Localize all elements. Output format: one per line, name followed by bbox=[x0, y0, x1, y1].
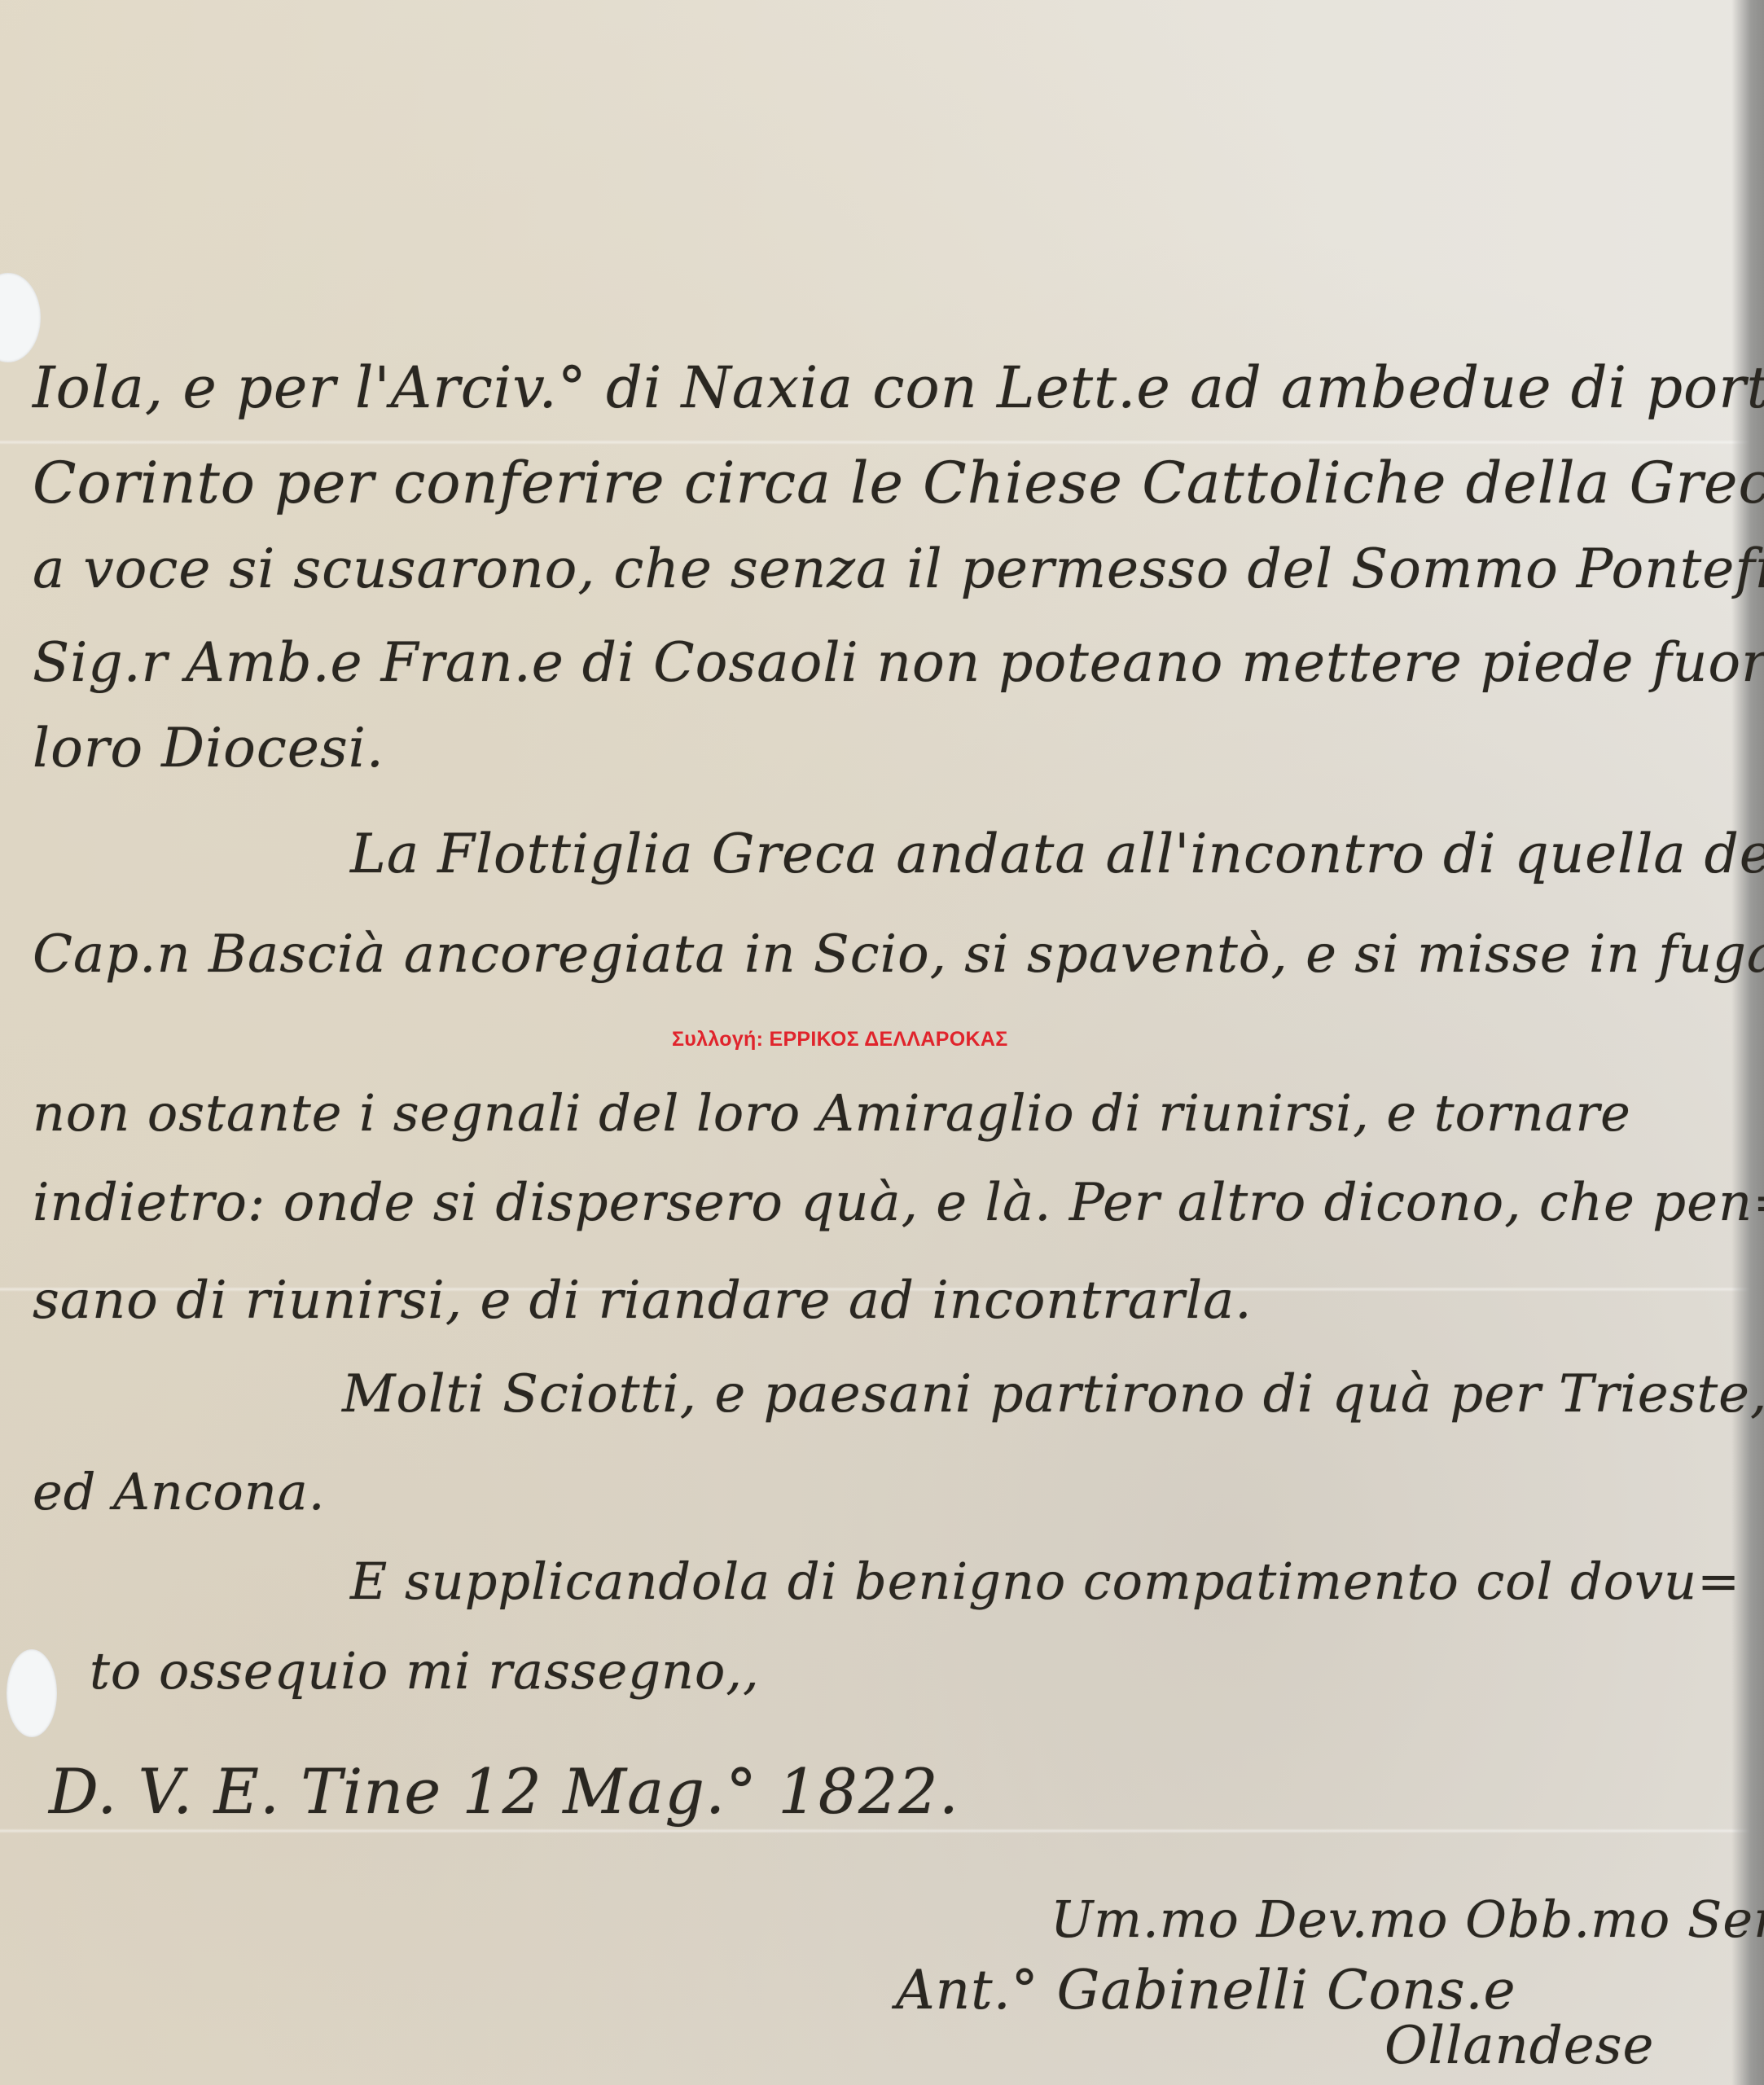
text-line: sano di riunirsi, e di riandare ad incon… bbox=[33, 1271, 1253, 1331]
paper-fold-line bbox=[0, 440, 1764, 445]
text-line: Molti Sciotti, e paesani partirono di qu… bbox=[342, 1364, 1764, 1424]
text-line: E supplicandola di benigno compatimento … bbox=[350, 1552, 1740, 1611]
signature-closing: Um.mo Dev.mo Obb.mo Servo bbox=[1051, 1890, 1764, 1949]
text-line: indietro: onde si dispersero quà, e là. … bbox=[33, 1173, 1764, 1233]
text-line: non ostante i segnali del loro Amiraglio… bbox=[33, 1083, 1631, 1143]
signature-name: Ant.° Gabinelli Cons.e bbox=[896, 1959, 1516, 2021]
text-line: ed Ancona. bbox=[33, 1462, 325, 1521]
text-line: La Flottiglia Greca andata all'incontro … bbox=[350, 823, 1764, 885]
page-edge-shadow bbox=[1731, 0, 1764, 2085]
collection-watermark: Συλλογή: ΕΡΡΙΚΟΣ ΔΕΛΛΑΡΟΚΑΣ bbox=[672, 1028, 1008, 1051]
text-line: a voce si scusarono, che senza il permes… bbox=[33, 538, 1764, 600]
punch-hole-top bbox=[0, 273, 41, 362]
date-line: D. V. E. Tine 12 Mag.° 1822. bbox=[49, 1755, 959, 1828]
text-line: to ossequio mi rassegno,, bbox=[90, 1641, 760, 1701]
paper-fold-line bbox=[0, 1828, 1764, 1833]
text-line: Corinto per conferire circa le Chiese Ca… bbox=[33, 450, 1764, 516]
text-line: Iola, e per l'Arciv.° di Naxia con Lett.… bbox=[33, 354, 1764, 421]
text-line: loro Diocesi. bbox=[33, 717, 384, 779]
text-line: Cap.n Bascià ancoregiata in Scio, si spa… bbox=[33, 924, 1764, 985]
punch-hole-bottom bbox=[7, 1649, 57, 1737]
signature-title: Ollandese bbox=[1384, 2016, 1654, 2076]
text-line: Sig.r Amb.e Fran.e di Cosaoli non potean… bbox=[33, 631, 1764, 694]
letter-photograph: Iola, e per l'Arciv.° di Naxia con Lett.… bbox=[0, 0, 1764, 2085]
